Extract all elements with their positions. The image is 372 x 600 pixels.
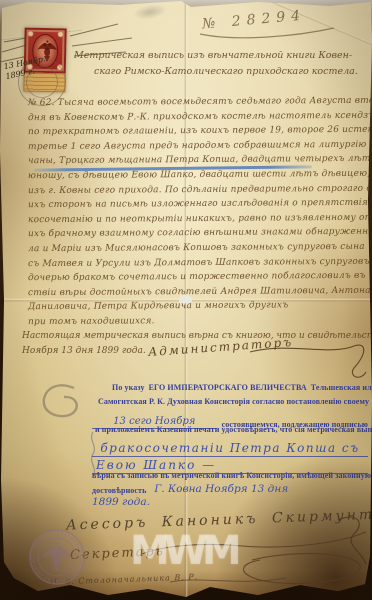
body-line: дня въ Ковенскомъ Р.-К. приходскомъ кост… xyxy=(28,111,364,123)
body-line: съ Матвея и Урсули изъ Долматовъ Шапковъ… xyxy=(28,257,364,269)
vertical-fold-crease xyxy=(184,0,188,600)
attestation-text: По указу xyxy=(92,383,145,392)
body-line: третье 1 сего Августа предъ народомъ соб… xyxy=(28,140,364,152)
body-line: юношу, съ дѣвицею Евою Шапко, двадцати ш… xyxy=(28,169,364,181)
body-line: изъ г. Ковны сего прихода. По сдѣланіи п… xyxy=(28,184,364,196)
stamp-rosette-icon xyxy=(27,31,33,37)
title-line: Метрическая выпись изъ вѣнчательной книг… xyxy=(74,50,352,61)
archive-watermark: MWM xyxy=(130,528,236,574)
body-line: по трехкратномъ оглашеніи, изъ коихъ пер… xyxy=(28,125,364,137)
handwritten-place-date: Г. Ковна Ноября 13 дня xyxy=(146,483,288,495)
closing-line: Настоящая метрическая выпись вѣрна съ кн… xyxy=(22,331,372,341)
body-line: Даниловича, Петра Кирдѣевича и многихъ д… xyxy=(28,300,364,312)
document-paper: № 28294 xyxy=(0,0,372,600)
handwritten-names-text: бракосочетаніи Петра Копша съ xyxy=(100,441,359,455)
pencil-mark xyxy=(34,382,86,424)
body-line: ихъ сторонъ на письмѣ изложеннаго изслѣд… xyxy=(28,198,364,210)
handwritten-year: 1899 года. xyxy=(92,496,150,508)
attestation-line-1: По указу ЕГО ИМПЕРАТОРСКАГО ВЕЛИЧЕСТВА Т… xyxy=(92,383,368,392)
body-line: ла и Маріи изъ Мисялюнасовъ Копшовъ зако… xyxy=(28,242,364,254)
attestation-line-4: и приложеніемъ Казенной печати удостовѣр… xyxy=(92,425,368,434)
body-line: косочетанію и по неоткрытіи никакихъ, ра… xyxy=(28,213,364,225)
clerk-flourish xyxy=(170,574,290,590)
body-line: № 62. Тысяча восемьсотъ восемьдесятъ сед… xyxy=(28,96,364,108)
body-line: ихъ брачному взаимному согласію внѣшними… xyxy=(28,227,364,239)
attestation-text-emphasis: ЕГО ИМПЕРАТОРСКАГО ВЕЛИЧЕСТВА xyxy=(145,383,307,392)
attestation-line-7: вѣрна съ записью въ метрической книгѣ Ко… xyxy=(92,471,368,480)
attestation-line-9: 1899 года. xyxy=(92,496,368,508)
body-line: ствіи вѣры достойныхъ свидѣтелей Андрея … xyxy=(28,286,364,298)
attestation-text: вѣрна съ записью въ метрической книгѣ Ко… xyxy=(92,471,371,480)
diagonal-crease-top-right xyxy=(248,0,372,55)
attestation-text: Тельшевская или xyxy=(307,383,372,392)
body-line: чаны, Троцкаго мѣщанина Петра Копша, два… xyxy=(28,154,364,166)
handwritten-names-text: Евою Шапко — xyxy=(92,458,216,472)
attestation-line-8: достовѣрность Г. Ковна Ноября 13 дня xyxy=(92,483,368,495)
closing-line: Ноября 13 дня 1899 года. xyxy=(22,346,146,356)
attestation-text: Самогитская Р. К. Духовная Консисторія с… xyxy=(92,397,369,406)
attestation-text: и приложеніемъ Казенной печати удостовѣр… xyxy=(92,425,372,434)
document-number: № 28294 xyxy=(202,7,307,32)
attestation-text: достовѣрность xyxy=(92,486,146,495)
body-line: дочерью бракомъ сочетались и торжественн… xyxy=(28,271,364,283)
number-underline-flourish xyxy=(198,30,338,44)
consistory-seal: ТЕЛЬШЕВСКАЯ Р. К. ДУХОВНАЯ КОНСИСТОРІЯ xyxy=(26,526,88,588)
scanned-document-photo: № 28294 xyxy=(0,0,372,600)
title-line: скаго Римско-Католическаго приходскаго к… xyxy=(94,66,358,77)
attestation-line-2: Самогитская Р. К. Духовная Консисторія с… xyxy=(92,397,368,406)
body-line: при томъ находившихся. xyxy=(28,315,364,327)
